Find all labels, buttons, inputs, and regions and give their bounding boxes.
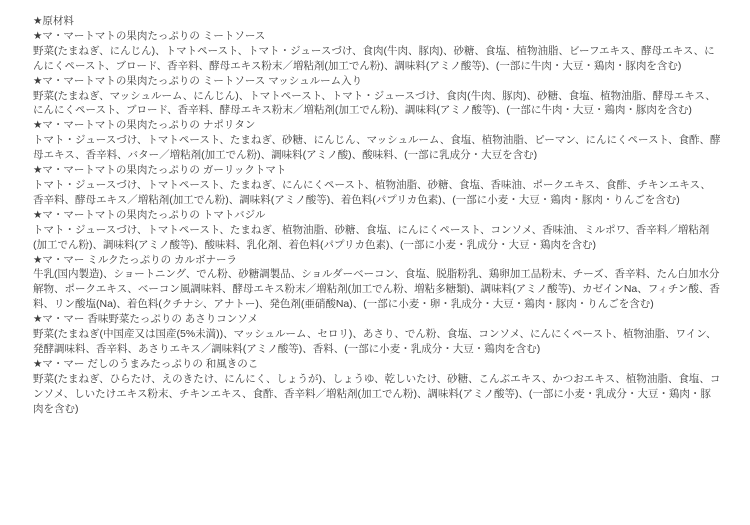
product-ingredients: 野菜(たまねぎ(中国産又は国産(5%未満))、マッシュルーム、セロリ)、あさり、…: [33, 327, 721, 357]
product-ingredients: トマト・ジュースづけ、トマトペースト、たまねぎ、にんにくペースト、植物油脂、砂糖…: [33, 178, 721, 208]
ingredients-document: ★原材料 ★マ・マートマトの果肉たっぷりの ミートソース 野菜(たまねぎ、にんじ…: [33, 14, 721, 416]
product-ingredients: 野菜(たまねぎ、にんじん)、トマトペースト、トマト・ジュースづけ、食肉(牛肉、豚…: [33, 44, 721, 74]
product-name: ★マ・マー 香味野菜たっぷりの あさりコンソメ: [33, 312, 721, 327]
product-section-asari-consomme: ★マ・マー 香味野菜たっぷりの あさりコンソメ 野菜(たまねぎ(中国産又は国産(…: [33, 312, 721, 357]
product-name: ★マ・マートマトの果肉たっぷりの ミートソース マッシュルーム入り: [33, 74, 721, 89]
product-ingredients: 牛乳(国内製造)、ショートニング、でん粉、砂糖調製品、ショルダーベーコン、食塩、…: [33, 267, 721, 312]
product-ingredients: トマト・ジュースづけ、トマトペースト、たまねぎ、砂糖、にんじん、マッシュルーム、…: [33, 133, 721, 163]
product-ingredients: 野菜(たまねぎ、ひらたけ、えのきたけ、にんにく、しょうが)、しょうゆ、乾しいたけ…: [33, 372, 721, 417]
product-section-meat-sauce-mushroom: ★マ・マートマトの果肉たっぷりの ミートソース マッシュルーム入り 野菜(たまね…: [33, 74, 721, 119]
product-section-meat-sauce: ★マ・マートマトの果肉たっぷりの ミートソース 野菜(たまねぎ、にんじん)、トマ…: [33, 29, 721, 74]
product-name: ★マ・マー ミルクたっぷりの カルボナーラ: [33, 253, 721, 268]
product-ingredients: トマト・ジュースづけ、トマトペースト、たまねぎ、植物油脂、砂糖、食塩、にんにくペ…: [33, 223, 721, 253]
product-name: ★マ・マートマトの果肉たっぷりの ガーリックトマト: [33, 163, 721, 178]
product-name: ★マ・マー だしのうまみたっぷりの 和風きのこ: [33, 357, 721, 372]
product-name: ★マ・マートマトの果肉たっぷりの トマトバジル: [33, 208, 721, 223]
product-name: ★マ・マートマトの果肉たっぷりの ミートソース: [33, 29, 721, 44]
product-section-tomato-basil: ★マ・マートマトの果肉たっぷりの トマトバジル トマト・ジュースづけ、トマトペー…: [33, 208, 721, 253]
product-ingredients: 野菜(たまねぎ、マッシュルーム、にんじん)、トマトペースト、トマト・ジュースづけ…: [33, 89, 721, 119]
product-section-carbonara: ★マ・マー ミルクたっぷりの カルボナーラ 牛乳(国内製造)、ショートニング、で…: [33, 253, 721, 313]
product-section-wafu-kinoko: ★マ・マー だしのうまみたっぷりの 和風きのこ 野菜(たまねぎ、ひらたけ、えのき…: [33, 357, 721, 417]
product-name: ★マ・マートマトの果肉たっぷりの ナポリタン: [33, 118, 721, 133]
product-section-garlic-tomato: ★マ・マートマトの果肉たっぷりの ガーリックトマト トマト・ジュースづけ、トマト…: [33, 163, 721, 208]
product-section-napolitan: ★マ・マートマトの果肉たっぷりの ナポリタン トマト・ジュースづけ、トマトペース…: [33, 118, 721, 163]
document-title: ★原材料: [33, 14, 721, 29]
